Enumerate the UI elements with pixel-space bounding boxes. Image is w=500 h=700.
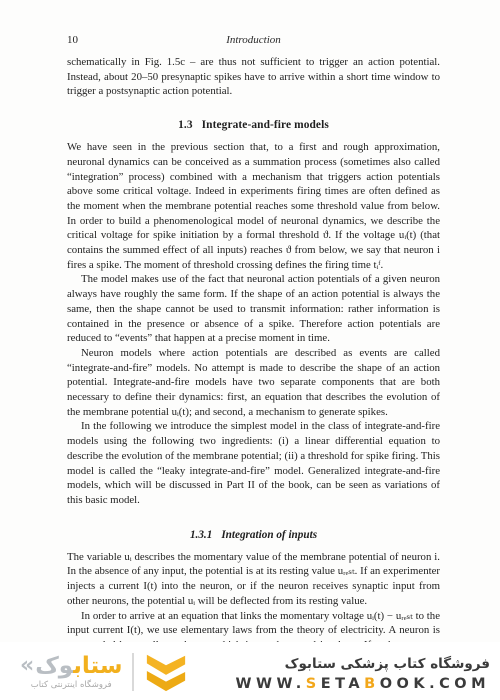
body-paragraph: Neuron models where action potentials ar… bbox=[67, 346, 440, 420]
wordmark-yellow-part: ستاب bbox=[73, 653, 122, 679]
wordmark-gray-part: وک bbox=[35, 653, 73, 679]
watermark-footer: « ستابوک فروشگاه اینترنتی کتاب فروشگاه ک… bbox=[0, 642, 500, 700]
subsection-heading: 1.3.1Integration of inputs bbox=[67, 529, 440, 541]
body-paragraph: We have seen in the previous section tha… bbox=[67, 140, 440, 272]
url-segment-accent: S bbox=[306, 676, 321, 692]
setabook-wordmark: ستابوک bbox=[35, 655, 122, 678]
book-page-text-block: 10 Introduction schematically in Fig. 1.… bbox=[67, 34, 440, 682]
running-header-title: Introduction bbox=[226, 34, 281, 46]
subsection-title: Integration of inputs bbox=[221, 529, 317, 541]
url-segment-accent: B bbox=[364, 676, 380, 692]
site-url: WWW.SETABOOK.COM bbox=[235, 676, 490, 692]
url-segment: WWW. bbox=[235, 676, 305, 692]
section-heading: 1.3Integrate-and-fire models bbox=[67, 119, 440, 131]
body-paragraph: In the following we introduce the simple… bbox=[67, 419, 440, 507]
footer-store-info: فروشگاه کتاب پزشکی ستابوک WWW.SETABOOK.C… bbox=[235, 656, 490, 692]
setabook-logo: « ستابوک فروشگاه اینترنتی کتاب bbox=[20, 650, 190, 694]
section-number: 1.3 bbox=[178, 119, 193, 131]
body-paragraph: schematically in Fig. 1.5c – are thus no… bbox=[67, 55, 440, 99]
subsection-number: 1.3.1 bbox=[190, 529, 212, 541]
setabook-wordmark-row: « ستابوک bbox=[20, 655, 122, 678]
store-name-persian: فروشگاه کتاب پزشکی ستابوک bbox=[235, 656, 490, 672]
logo-tagline: فروشگاه اینترنتی کتاب bbox=[31, 680, 112, 690]
section-title: Integrate-and-fire models bbox=[202, 119, 329, 131]
setabook-wordmark-block: « ستابوک فروشگاه اینترنتی کتاب bbox=[20, 655, 122, 690]
body-paragraph: The variable uᵢ describes the momentary … bbox=[67, 550, 440, 609]
url-segment: ETA bbox=[321, 676, 364, 692]
running-header: 10 Introduction bbox=[67, 34, 440, 46]
logo-guillemet-glyph: « bbox=[20, 655, 34, 677]
page-number: 10 bbox=[67, 34, 78, 46]
setabook-double-chevron-icon bbox=[142, 650, 190, 694]
url-segment: OOK.COM bbox=[380, 676, 490, 692]
logo-divider bbox=[132, 653, 134, 691]
body-paragraph: The model makes use of the fact that neu… bbox=[67, 272, 440, 346]
